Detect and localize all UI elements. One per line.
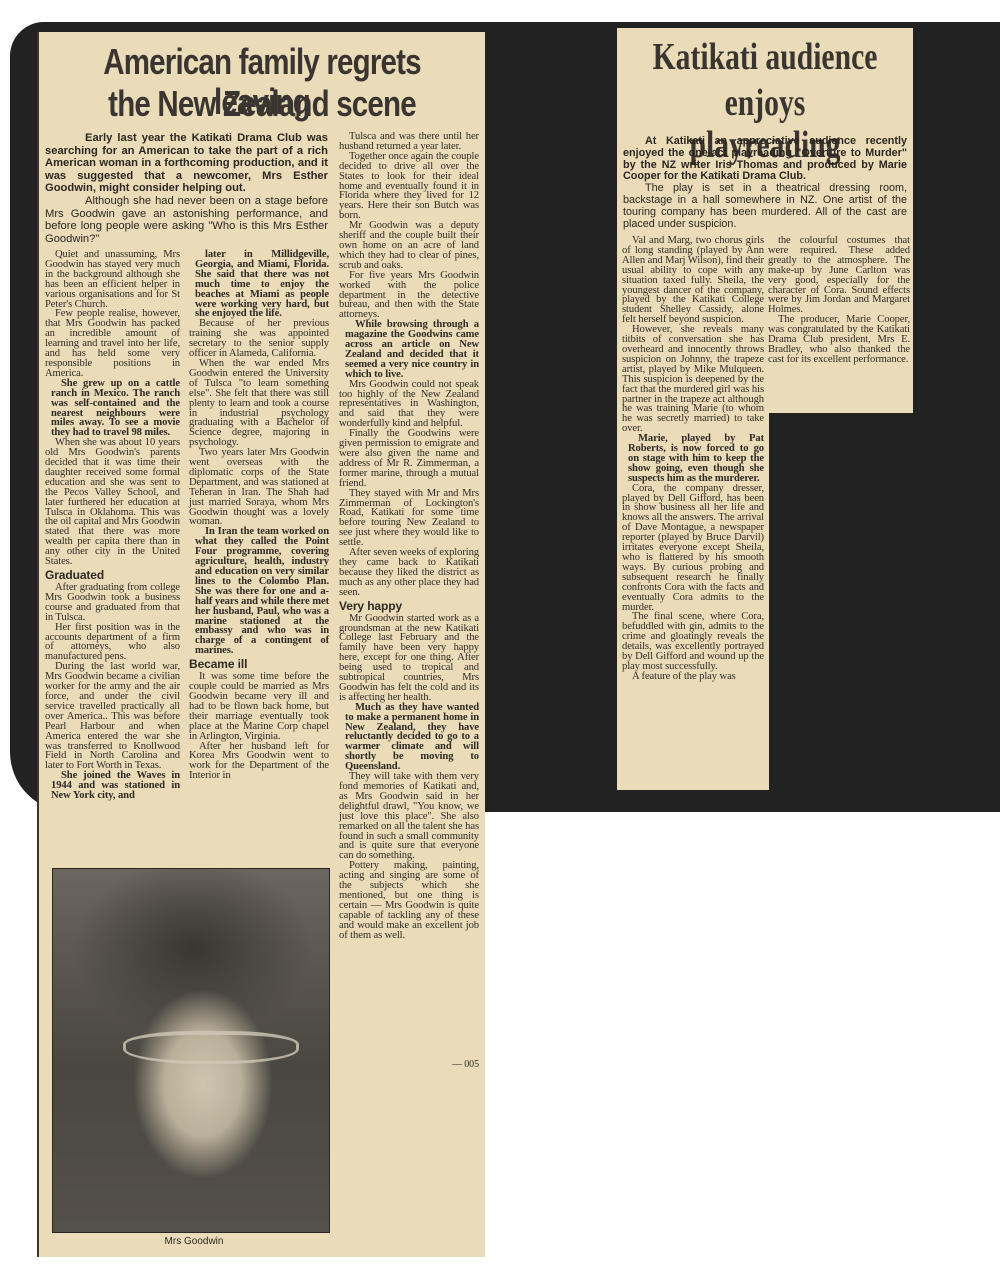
left-article-column-2: later in Millidgeville, Georgia, and Mia…	[189, 250, 329, 781]
lead-regular: Although she had never been on a stage b…	[45, 195, 328, 245]
paragraph: A feature of the play was	[622, 672, 764, 682]
bold-paragraph: She joined the Waves in 1944 and was sta…	[45, 771, 180, 801]
paragraph: the colourful costumes that were require…	[768, 236, 910, 315]
portrait-photo-mrs-goodwin	[52, 868, 330, 1233]
glasses-shape	[123, 1031, 299, 1064]
photo-caption: Mrs Goodwin	[39, 1236, 349, 1247]
paragraph: They will take with them very fond memor…	[339, 772, 479, 861]
bold-paragraph: Marie, played by Pat Roberts, is now for…	[622, 434, 764, 484]
paragraph: Together once again the couple decided t…	[339, 152, 479, 221]
paragraph: When the war ended Mrs Goodwin entered t…	[189, 359, 329, 448]
headline-line2: the New Zealand scene	[79, 84, 445, 124]
paragraph: Finally the Goodwins were given permissi…	[339, 429, 479, 488]
paragraph: Because of her previous training she was…	[189, 319, 329, 359]
paragraph: Mr Goodwin started work as a groundsman …	[339, 614, 479, 703]
paragraph: The producer, Marie Cooper, was congratu…	[768, 315, 910, 365]
bold-paragraph: later in Millidgeville, Georgia, and Mia…	[189, 250, 329, 319]
paragraph: Mr Goodwin was a deputy sheriff and the …	[339, 221, 479, 271]
bold-paragraph: In Iran the team worked on what they cal…	[189, 527, 329, 656]
paragraph: After her husband left for Korea Mrs Goo…	[189, 742, 329, 782]
lead-paragraph: Early last year the Katikati Drama Club …	[45, 132, 328, 245]
bold-paragraph: While browsing through a magazine the Go…	[339, 320, 479, 379]
paragraph: It was some time before the couple could…	[189, 672, 329, 741]
bold-paragraph: Much as they have wanted to make a perma…	[339, 703, 479, 772]
paragraph: However, she reveals many titbits of con…	[622, 325, 764, 434]
paragraph: During the last world war, Mrs Goodwin b…	[45, 662, 180, 771]
paragraph: After graduating from college Mrs Goodwi…	[45, 583, 180, 623]
signoff: — 005	[339, 1060, 479, 1070]
left-article-column-3: Tulsca and was there until her husband r…	[339, 132, 479, 941]
paragraph: They stayed with Mr and Mrs Zimmerman of…	[339, 489, 479, 548]
right-article-column-1: Val and Marg, two chorus girls of long s…	[622, 236, 764, 682]
paragraph: The final scene, where Cora, befuddled w…	[622, 612, 764, 671]
lead-bold: At Katikati an appreciative audience rec…	[623, 136, 907, 183]
bold-paragraph: She grew up on a cattle ranch in Mexico.…	[45, 379, 180, 438]
paragraph: Few people realise, however, that Mrs Go…	[45, 309, 180, 378]
paragraph: Cora, the company dresser, played by Del…	[622, 484, 764, 613]
paragraph: After seven weeks of exploring they came…	[339, 548, 479, 598]
lead-bold: Early last year the Katikati Drama Club …	[45, 132, 328, 195]
paragraph: Tulsca and was there until her husband r…	[339, 132, 479, 152]
lead-paragraph: At Katikati an appreciative audience rec…	[623, 136, 907, 230]
left-article-column-1: Quiet and unassuming, Mrs Goodwin has st…	[45, 250, 180, 801]
paragraph: Her first position was in the accounts d…	[45, 623, 180, 663]
paragraph: When she was about 10 years old Mrs Good…	[45, 438, 180, 567]
subheading: Became ill	[189, 658, 329, 671]
paragraph: Pottery making, painting, acting and sin…	[339, 861, 479, 940]
subheading: Graduated	[45, 569, 180, 582]
paragraph: Val and Marg, two chorus girls of long s…	[622, 236, 764, 325]
paragraph: For five years Mrs Goodwin worked with t…	[339, 271, 479, 321]
paragraph: Two years later Mrs Goodwin went oversea…	[189, 448, 329, 527]
right-article-column-2: the colourful costumes that were require…	[768, 236, 910, 365]
paragraph: Mrs Goodwin could not speak too highly o…	[339, 380, 479, 430]
subheading: Very happy	[339, 600, 479, 613]
lead-regular: The play is set in a theatrical dressing…	[623, 183, 907, 230]
paragraph: Quiet and unassuming, Mrs Goodwin has st…	[45, 250, 180, 309]
headline-line1: Katikati audience	[650, 36, 881, 78]
